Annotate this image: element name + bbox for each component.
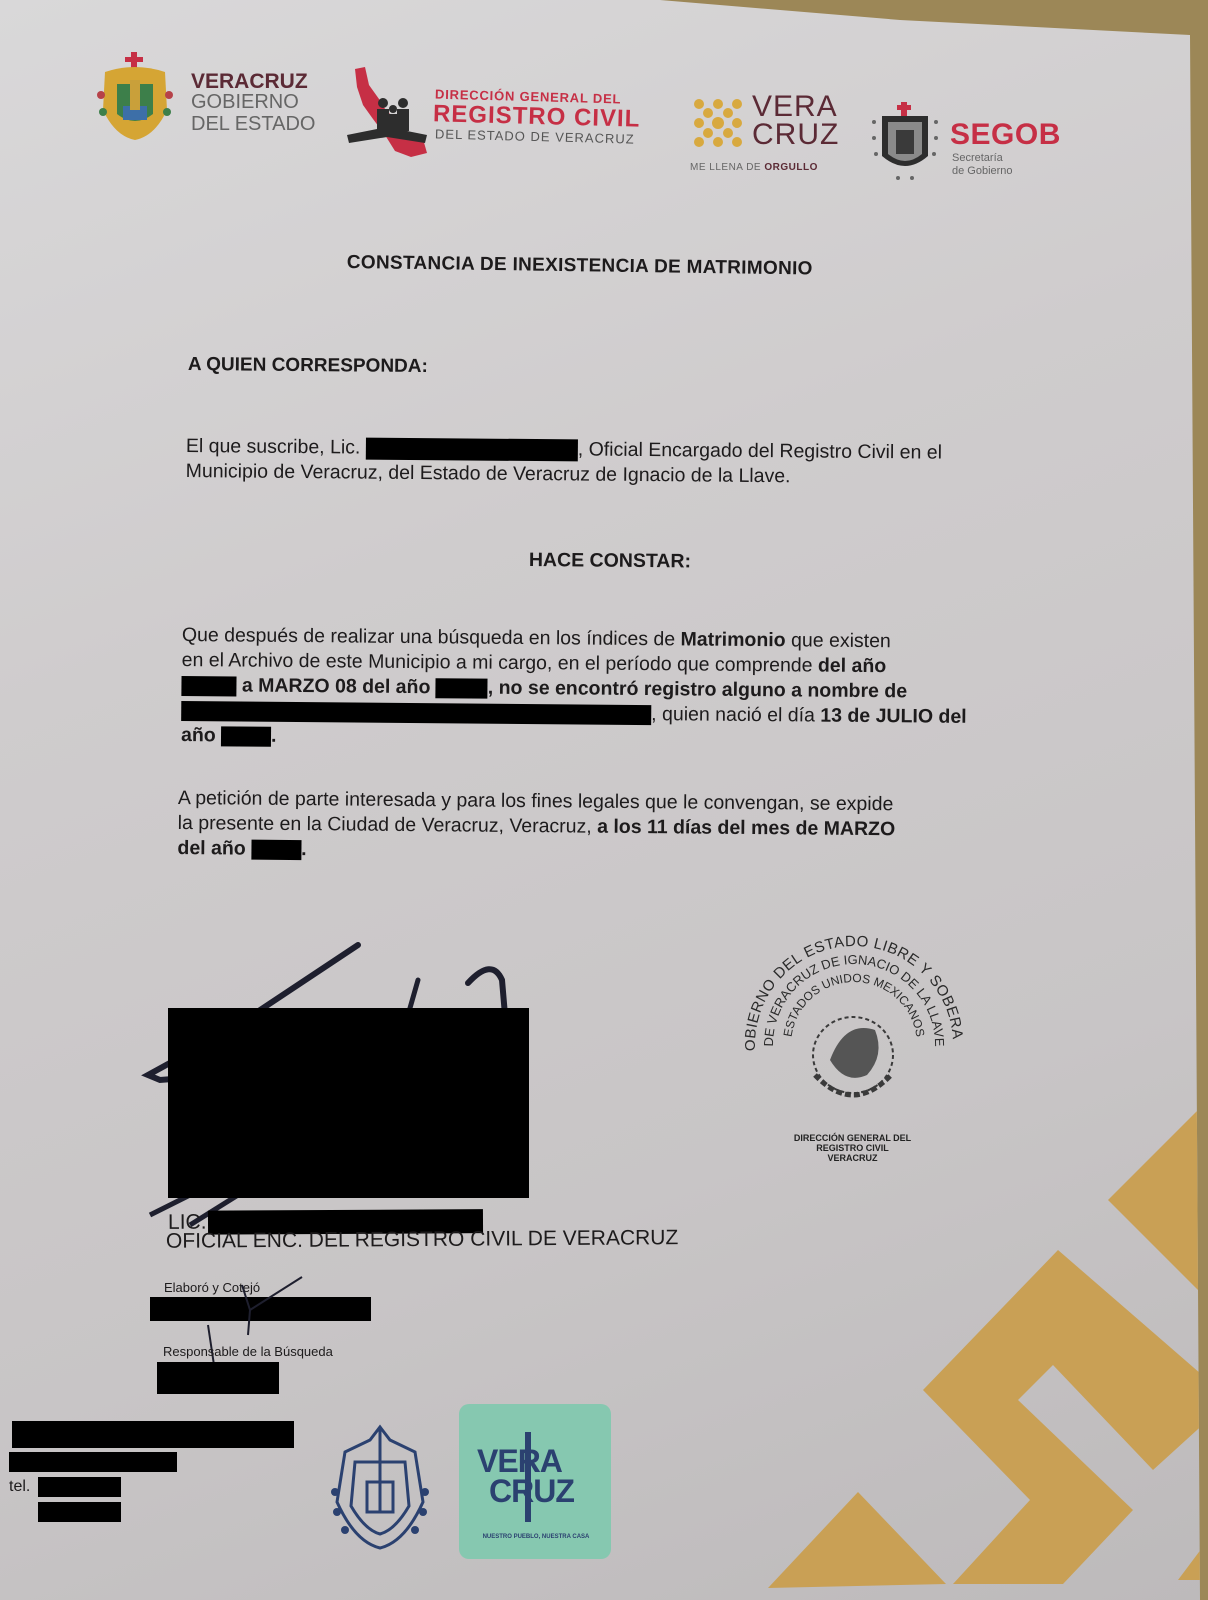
badge-tagline: NUESTRO PUEBLO, NUESTRA CASA [471,1534,601,1540]
redacted-signature-block [168,1008,529,1198]
logo-text: CRUZ [752,120,839,150]
logo-registro-civil: DIRECCIÓN GENERAL DEL REGISTRO CIVIL DEL… [345,65,675,160]
tagline-emphasis: ORGULLO [764,162,818,173]
redacted-address-line-1 [12,1421,294,1448]
body-text: , quien nació el día [651,703,820,726]
closing-text: la presente en la Ciudad de Veracruz, Ve… [178,812,598,838]
logo-text: Secretaría [952,152,1003,164]
logo-text: de Gobierno [952,165,1013,177]
redacted-end-year [436,678,488,698]
body-paragraph: Que después de realizar una búsqueda en … [181,623,1062,756]
document-page: VERACRUZ GOBIERNO DEL ESTADO DIRECCIÓN G… [0,0,1208,1600]
signer-role: OFICIAL ENC. DEL REGISTRO CIVIL DE VERAC… [166,1226,678,1254]
responsable-label: Responsable de la Búsqueda [163,1344,333,1359]
intro-text: , Oficial Encargado del Registro Civil e… [578,438,942,463]
body-text: Que después de realizar una búsqueda en … [182,624,681,650]
closing-emphasis: a los 11 días del mes de MARZO [597,816,895,841]
badge-text: VERA [477,1446,562,1476]
salutation: A QUIEN CORRESPONDA: [188,352,428,379]
intro-text: El que suscribe, Lic. [186,435,361,459]
logo-text: GOBIERNO [191,92,299,113]
gold-geometric-pattern [768,1100,1208,1600]
veracruz-badge: VERA CRUZ NUESTRO PUEBLO, NUESTRA CASA [459,1404,611,1559]
eagle-emblem-icon [813,1017,893,1095]
tel-label: tel. [9,1478,30,1496]
body-text: en el Archivo de este Municipio a mi car… [182,649,818,677]
redacted-start-year [181,676,236,696]
state-coat-of-arms-icon [95,50,175,142]
redacted-address-line-2 [9,1452,177,1472]
logo-veracruz-gobierno: VERACRUZ GOBIERNO DEL ESTADO [95,50,325,145]
document-title: CONSTANCIA DE INEXISTENCIA DE MATRIMONIO [347,252,813,281]
registro-civil-map-family-icon [345,65,435,160]
body-emphasis: año [181,724,221,746]
logo-tagline: ME LLENA DE ORGULLO [690,162,818,173]
redacted-issue-year [251,839,301,859]
hace-constar-heading: HACE CONSTAR: [529,548,691,574]
closing-emphasis: . [301,838,307,860]
logo-segob: SEGOB Secretaría de Gobierno [870,100,1090,190]
body-emphasis: 13 de JULIO del [820,705,966,728]
body-emphasis: a MARZO 08 del año [236,674,436,698]
segob-shield-icon [870,100,940,182]
body-emphasis: del año [818,655,886,678]
redacted-responsable-name [157,1362,279,1394]
closing-paragraph: A petición de parte interesada y para lo… [177,786,1058,869]
intro-paragraph: El que suscribe, Lic. , Oficial Encargad… [186,434,1056,492]
redacted-phone-2 [38,1502,121,1522]
cross-icon [525,1432,531,1522]
redacted-birth-year [221,726,271,746]
logo-text: DEL ESTADO [191,113,315,136]
logo-veracruz-orgullo: VERA CRUZ ME LLENA DE ORGULLO [690,92,840,182]
logo-text: SEGOB [950,118,1061,152]
redacted-officer-name [366,437,578,461]
body-emphasis: . [271,725,277,747]
redacted-person-name [181,701,651,725]
redacted-phone-1 [38,1477,121,1497]
gold-pattern-icon [693,98,743,148]
badge-text: CRUZ [489,1476,574,1506]
closing-emphasis: del año [177,837,251,860]
veracruz-blue-coat-of-arms-icon [325,1422,435,1552]
tagline-text: ME LLENA DE [690,162,764,173]
body-emphasis: , no se encontró registro alguno a nombr… [488,677,907,703]
body-emphasis: Matrimonio [680,628,785,651]
body-text: que existen [786,629,891,652]
